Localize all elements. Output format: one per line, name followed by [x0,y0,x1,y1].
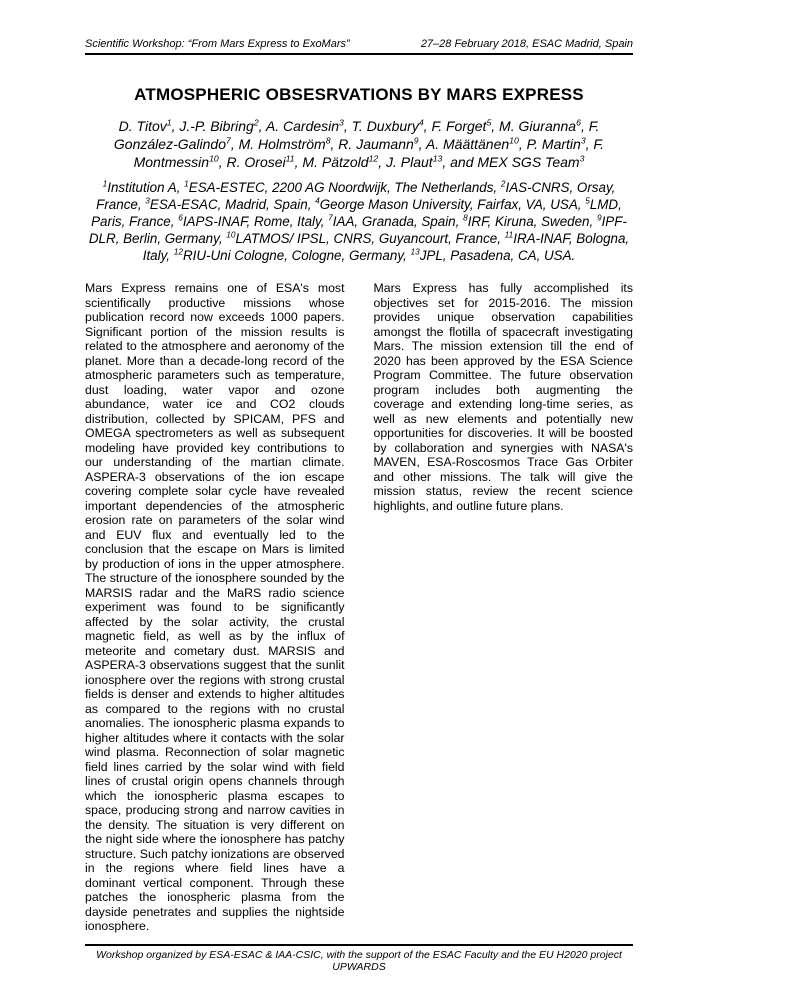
superscript-number: 2 [254,117,259,127]
superscript-number: 4 [419,117,424,127]
superscript-number: 9 [414,135,419,145]
superscript-number: 8 [326,135,331,145]
superscript-number: 11 [286,153,295,163]
header-rule [85,53,633,55]
text-line: France, 3ESA-ESAC, Madrid, Spain, 4Georg… [85,196,633,213]
superscript-number: 2 [501,179,506,189]
superscript-number: 3 [581,135,586,145]
text-line: González-Galindo7, M. Holmström8, R. Jau… [85,135,633,153]
header-workshop-name: Scientific Workshop: “From Mars Express … [85,38,350,50]
superscript-number: 7 [328,213,333,223]
affiliation-list: 1Institution A, 1ESA-ESTEC, 2200 AG Noor… [85,179,633,264]
abstract-body: Mars Express remains one of ESA's most s… [85,281,633,934]
text-line: DLR, Berlin, Germany, 10LATMOS/ IPSL, CN… [85,230,633,247]
superscript-number: 10 [509,135,519,145]
superscript-number: 7 [226,135,231,145]
footer-text: Workshop organized by ESA-ESAC & IAA-CSI… [96,949,622,973]
superscript-number: 5 [486,117,491,127]
text-line: D. Titov1, J.-P. Bibring2, A. Cardesin3,… [85,117,633,135]
page-content: Scientific Workshop: “From Mars Express … [85,0,633,934]
superscript-number: 1 [167,117,172,127]
text-line: Paris, France, 6IAPS-INAF, Rome, Italy, … [85,213,633,230]
superscript-number: 10 [209,153,219,163]
superscript-number: 12 [369,153,379,163]
superscript-number: 6 [576,117,581,127]
superscript-number: 6 [178,213,183,223]
text-line: Italy, 12RIU-Uni Cologne, Cologne, Germa… [85,247,633,264]
header-date-location: 27–28 February 2018, ESAC Madrid, Spain [421,38,633,50]
superscript-number: 3 [339,117,344,127]
running-header: Scientific Workshop: “From Mars Express … [85,38,633,50]
superscript-number: 8 [463,213,468,223]
author-list: D. Titov1, J.-P. Bibring2, A. Cardesin3,… [85,117,633,171]
superscript-number: 9 [597,213,602,223]
superscript-number: 1 [184,179,189,189]
superscript-number: 3 [580,153,585,163]
page-title: ATMOSPHERIC OBSESRVATIONS BY MARS EXPRES… [85,85,633,105]
text-line: 1Institution A, 1ESA-ESTEC, 2200 AG Noor… [85,179,633,196]
page-footer: Workshop organized by ESA-ESAC & IAA-CSI… [85,944,633,973]
left-column-text: Mars Express remains one of ESA's most s… [85,281,345,934]
superscript-number: 1 [103,179,108,189]
superscript-number: 10 [226,230,235,240]
superscript-number: 12 [174,247,183,257]
superscript-number: 4 [315,196,320,206]
superscript-number: 3 [145,196,150,206]
right-column-text: Mars Express has fully accomplished its … [374,281,634,934]
abstract-page: Scientific Workshop: “From Mars Express … [0,0,792,1000]
superscript-number: 5 [585,196,590,206]
superscript-number: 13 [433,153,443,163]
superscript-number: 11 [505,230,514,240]
text-line: Montmessin10, R. Orosei11, M. Pätzold12,… [85,153,633,171]
superscript-number: 13 [410,247,419,257]
